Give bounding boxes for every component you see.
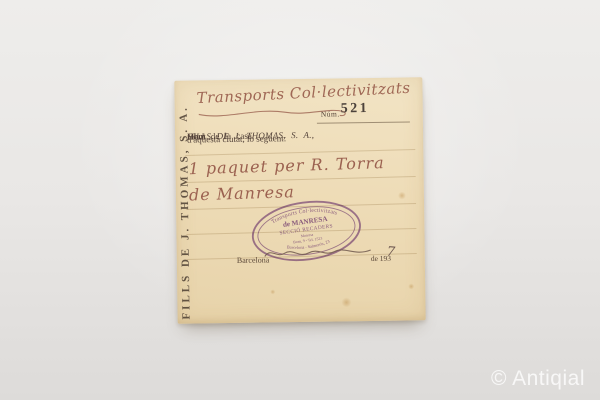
watermark-copyright: © Antiqial <box>491 367 585 391</box>
receipt-number-value: 521 <box>341 101 370 117</box>
receipt-number-label: Núm. <box>321 109 340 118</box>
handwritten-date-scrawl <box>263 244 375 262</box>
handwritten-item-line1: 1 paquet per R. Torra <box>188 153 385 178</box>
photo-background: FILLS DE J. THOMAS, S. A. Transports Col… <box>0 0 600 400</box>
handwritten-year-digit: 7 <box>386 244 396 260</box>
intro-line2-text: d'aquesta ciutat, lo següent: <box>187 133 286 144</box>
printed-intro-line2: d'aquesta ciutat, lo següent: <box>187 141 409 144</box>
handwritten-item-line2: de Manresa <box>189 182 295 204</box>
printed-intro-line: Hem rebut de la casa FILLS DE J. THOMAS,… <box>187 128 407 131</box>
vertical-company-title: FILLS DE J. THOMAS, S. A. <box>177 93 195 319</box>
foxing-spot <box>408 283 414 289</box>
number-underline <box>317 121 410 123</box>
receipt-paper: FILLS DE J. THOMAS, S. A. Transports Col… <box>174 77 425 323</box>
foxing-spot <box>270 289 275 294</box>
foxing-spot <box>398 192 406 200</box>
handwritten-header: Transports Col·lectivitzats <box>196 79 411 107</box>
foxing-spot <box>341 297 351 307</box>
